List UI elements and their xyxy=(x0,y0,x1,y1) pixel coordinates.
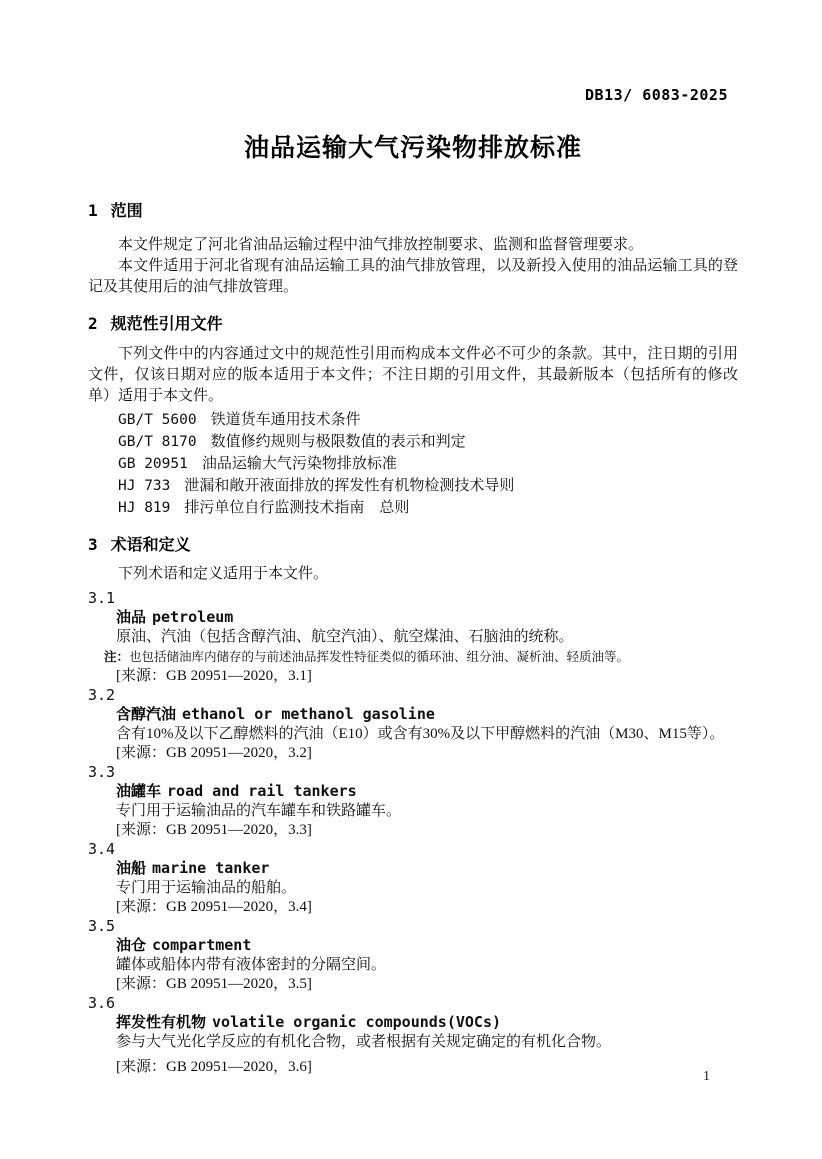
term-name-zh: 油船 xyxy=(116,860,146,877)
term-name-en: compartment xyxy=(152,936,251,954)
reference-name: 数值修约规则与极限数值的表示和判定 xyxy=(211,434,466,450)
reference-item: HJ 733泄漏和敞开液面排放的挥发性有机物检测技术导则 xyxy=(118,475,738,497)
term-source: [来源：GB 20951—2020，3.4] xyxy=(88,898,738,917)
section-heading-scope: 1范围 xyxy=(88,201,738,222)
term-entry-3-5: 3.5 油仓compartment 罐体或船体内带有液体密封的分隔空间。 [来源… xyxy=(88,917,738,994)
term-number: 3.2 xyxy=(88,686,738,705)
term-definition: 专门用于运输油品的汽车罐车和铁路罐车。 xyxy=(88,802,738,821)
section-heading-references: 2规范性引用文件 xyxy=(88,314,738,335)
reference-code: HJ 819 xyxy=(118,500,170,516)
term-entry-3-1: 3.1 油品petroleum 原油、汽油（包括含醇汽油、航空汽油）、航空煤油、… xyxy=(88,589,738,686)
reference-list: GB/T 5600铁道货车通用技术条件 GB/T 8170数值修约规则与极限数值… xyxy=(88,409,738,519)
term-entry-3-3: 3.3 油罐车road and rail tankers 专门用于运输油品的汽车… xyxy=(88,763,738,840)
term-name: 油仓compartment xyxy=(88,936,738,956)
section-title: 规范性引用文件 xyxy=(111,316,223,333)
paragraph: 本文件规定了河北省油品运输过程中油气排放控制要求、监测和监督管理要求。 xyxy=(88,235,738,256)
term-definition: 专门用于运输油品的船舶。 xyxy=(88,879,738,898)
term-name: 油罐车road and rail tankers xyxy=(88,782,738,802)
term-number: 3.5 xyxy=(88,917,738,936)
page-number: 1 xyxy=(703,1069,710,1085)
term-name: 油品petroleum xyxy=(88,608,738,628)
section-scope: 1范围 本文件规定了河北省油品运输过程中油气排放控制要求、监测和监督管理要求。 … xyxy=(88,201,738,298)
term-name-en: road and rail tankers xyxy=(167,782,357,800)
reference-item: HJ 819排污单位自行监测技术指南 总则 xyxy=(118,497,738,519)
reference-name: 排污单位自行监测技术指南 总则 xyxy=(184,500,409,516)
term-name-en: volatile organic compounds(VOCs) xyxy=(212,1013,501,1031)
section-normative-references: 2规范性引用文件 下列文件中的内容通过文中的规范性引用而构成本文件必不可少的条款… xyxy=(88,314,738,519)
reference-item: GB/T 5600铁道货车通用技术条件 xyxy=(118,409,738,431)
note-label: 注： xyxy=(104,650,129,664)
section-number: 2 xyxy=(88,314,98,333)
document-page: DB13/ 6083-2025 油品运输大气污染物排放标准 1范围 本文件规定了… xyxy=(0,0,822,1159)
term-name-zh: 油罐车 xyxy=(116,783,161,800)
term-number: 3.1 xyxy=(88,589,738,608)
section-title: 术语和定义 xyxy=(111,537,191,554)
document-title: 油品运输大气污染物排放标准 xyxy=(88,128,738,164)
term-definition: 原油、汽油（包括含醇汽油、航空汽油）、航空煤油、石脑油的统称。 xyxy=(88,628,738,647)
terms-intro: 下列术语和定义适用于本文件。 xyxy=(88,564,738,585)
term-name: 油船marine tanker xyxy=(88,859,738,879)
reference-code: GB 20951 xyxy=(118,456,188,472)
reference-code: GB/T 8170 xyxy=(118,434,197,450)
section-title: 范围 xyxy=(111,203,143,220)
term-name-en: petroleum xyxy=(152,608,233,626)
reference-item: GB 20951油品运输大气污染物排放标准 xyxy=(118,453,738,475)
section-number: 3 xyxy=(88,535,98,554)
reference-name: 铁道货车通用技术条件 xyxy=(211,412,361,428)
section-number: 1 xyxy=(88,201,98,220)
term-name: 含醇汽油ethanol or methanol gasoline xyxy=(88,705,738,725)
page-content: 油品运输大气污染物排放标准 1范围 本文件规定了河北省油品运输过程中油气排放控制… xyxy=(88,0,738,1077)
reference-item: GB/T 8170数值修约规则与极限数值的表示和判定 xyxy=(118,431,738,453)
term-number: 3.3 xyxy=(88,763,738,782)
term-name-zh: 含醇汽油 xyxy=(116,706,176,723)
term-note: 注：也包括储油库内储存的与前述油品挥发性特征类似的循环油、组分油、凝析油、轻质油… xyxy=(88,649,738,665)
section-terms-and-definitions: 3术语和定义 下列术语和定义适用于本文件。 3.1 油品petroleum 原油… xyxy=(88,535,738,1077)
references-intro: 下列文件中的内容通过文中的规范性引用而构成本文件必不可少的条款。其中，注日期的引… xyxy=(88,344,738,407)
terms-list: 3.1 油品petroleum 原油、汽油（包括含醇汽油、航空汽油）、航空煤油、… xyxy=(88,589,738,1077)
scope-paragraphs: 本文件规定了河北省油品运输过程中油气排放控制要求、监测和监督管理要求。 本文件适… xyxy=(88,235,738,298)
term-entry-3-6: 3.6 挥发性有机物volatile organic compounds(VOC… xyxy=(88,994,738,1077)
term-number: 3.6 xyxy=(88,994,738,1013)
term-name-zh: 挥发性有机物 xyxy=(116,1014,206,1031)
reference-name: 泄漏和敞开液面排放的挥发性有机物检测技术导则 xyxy=(184,478,514,494)
reference-code: GB/T 5600 xyxy=(118,412,197,428)
term-definition: 含有10%及以下乙醇燃料的汽油（E10）或含有30%及以下甲醇燃料的汽油（M30… xyxy=(88,725,738,744)
section-heading-terms: 3术语和定义 xyxy=(88,535,738,556)
term-source: [来源：GB 20951—2020，3.5] xyxy=(88,975,738,994)
paragraph: 本文件适用于河北省现有油品运输工具的油气排放管理，以及新投入使用的油品运输工具的… xyxy=(88,256,738,298)
term-name-en: marine tanker xyxy=(152,859,269,877)
term-entry-3-4: 3.4 油船marine tanker 专门用于运输油品的船舶。 [来源：GB … xyxy=(88,840,738,917)
term-source: [来源：GB 20951—2020，3.2] xyxy=(88,744,738,763)
term-entry-3-2: 3.2 含醇汽油ethanol or methanol gasoline 含有1… xyxy=(88,686,738,763)
term-name: 挥发性有机物volatile organic compounds(VOCs) xyxy=(88,1013,738,1033)
term-source: [来源：GB 20951—2020，3.6] xyxy=(88,1058,738,1077)
term-name-zh: 油品 xyxy=(116,609,146,626)
term-source: [来源：GB 20951—2020，3.1] xyxy=(88,667,738,686)
term-definition: 参与大气光化学反应的有机化合物，或者根据有关规定确定的有机化合物。 xyxy=(88,1033,738,1052)
term-number: 3.4 xyxy=(88,840,738,859)
term-source: [来源：GB 20951—2020，3.3] xyxy=(88,821,738,840)
term-name-en: ethanol or methanol gasoline xyxy=(182,705,435,723)
term-name-zh: 油仓 xyxy=(116,937,146,954)
reference-name: 油品运输大气污染物排放标准 xyxy=(202,456,397,472)
note-text: 也包括储油库内储存的与前述油品挥发性特征类似的循环油、组分油、凝析油、轻质油等。 xyxy=(129,650,629,664)
term-definition: 罐体或船体内带有液体密封的分隔空间。 xyxy=(88,956,738,975)
reference-code: HJ 733 xyxy=(118,478,170,494)
